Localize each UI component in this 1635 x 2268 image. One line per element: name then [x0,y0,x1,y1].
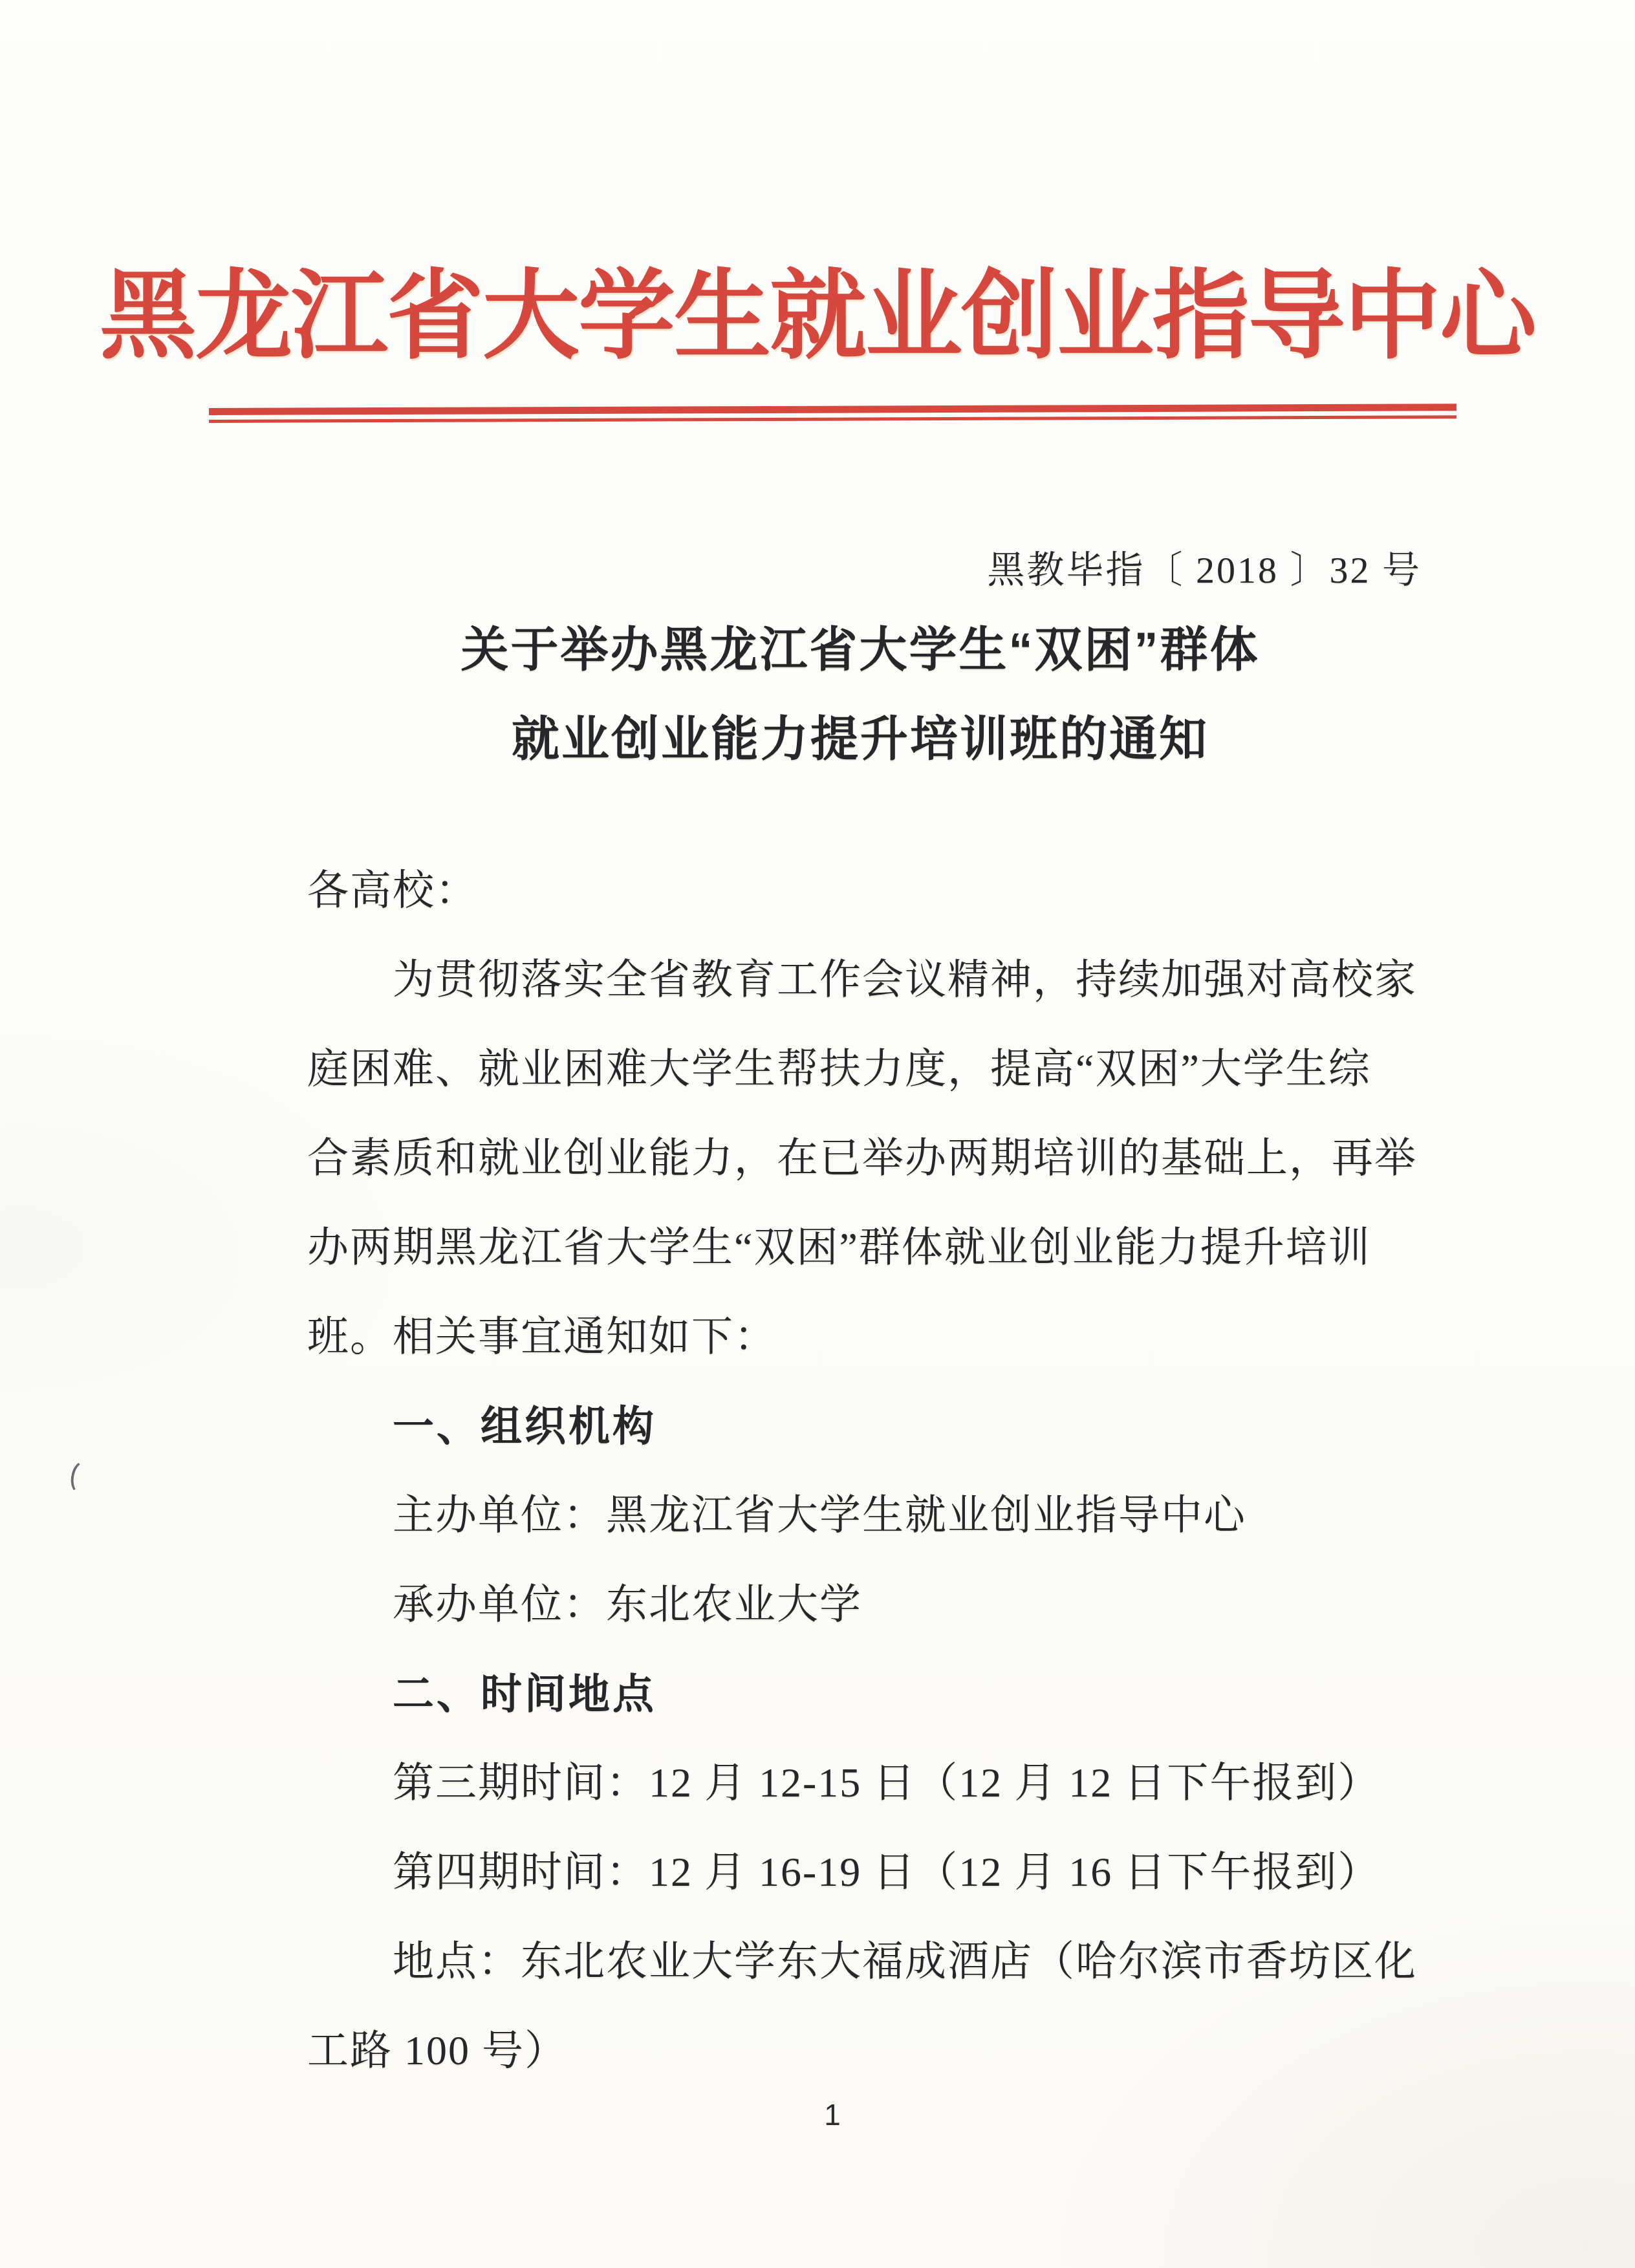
salutation-line: 各高校： [307,846,1413,935]
document-number: 黑教毕指〔 2018 〕32 号 [987,539,1422,594]
paragraph-line-3: 合素质和就业创业能力，在已举办两期培训的基础上，再举 [307,1114,1413,1203]
paragraph-line-1: 为贯彻落实全省教育工作会议精神，持续加强对高校家 [307,935,1413,1024]
host-unit-line: 主办单位：黑龙江省大学生就业创业指导中心 [307,1471,1413,1560]
location-line-1: 地点：东北农业大学东大福成酒店（哈尔滨市香坊区化 [307,1917,1413,2006]
notice-body: 各高校： 为贯彻落实全省教育工作会议精神，持续加强对高校家 庭困难、就业困难大学… [307,846,1413,2095]
page-number: 1 [30,2097,1635,2132]
session-3-time-line: 第三期时间：12 月 12-15 日（12 月 12 日下午报到） [307,1738,1413,1828]
paragraph-line-5: 班。相关事宜通知如下： [307,1292,1413,1381]
scanned-notice-page: 黑龙江省大学生就业创业指导中心 黑教毕指〔 2018 〕32 号 关于举办黑龙江… [0,0,1635,2268]
session-4-time-line: 第四期时间：12 月 16-19 日（12 月 16 日下午报到） [307,1828,1413,1917]
paragraph-line-2: 庭困难、就业困难大学生帮扶力度，提高“双困”大学生综 [307,1024,1413,1114]
section-1-heading: 一、组织机构 [307,1381,1413,1471]
location-line-2: 工路 100 号） [307,2006,1413,2095]
notice-title-line-1: 关于举办黑龙江省大学生“双困”群体 [307,612,1413,680]
red-separator-rule [209,404,1456,423]
stray-pen-mark [69,1458,98,1497]
paragraph-line-4: 办两期黑龙江省大学生“双困”群体就业创业能力提升培训 [307,1203,1413,1292]
notice-title-line-2: 就业创业能力提升培训班的通知 [307,701,1413,770]
letterhead-title: 黑龙江省大学生就业创业指导中心 [0,247,1635,388]
section-2-heading: 二、时间地点 [307,1649,1413,1738]
organizer-unit-line: 承办单位：东北农业大学 [307,1560,1413,1649]
